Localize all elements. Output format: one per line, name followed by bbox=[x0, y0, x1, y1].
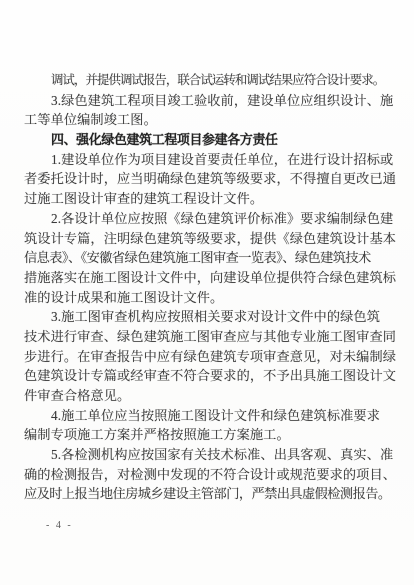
body-line: 4.施工单位应当按照施工图设计文件和绿色建筑标准要求 bbox=[24, 406, 402, 426]
body-line: 措施落实在施工图设计文件中，向建设单位提供符合绿色建筑标 bbox=[24, 268, 402, 288]
body-line: 件审查合格意见。 bbox=[24, 386, 402, 406]
body-line: 工等单位编制竣工图。 bbox=[24, 110, 402, 130]
body-line: 过施工图设计审查的建筑工程设计文件。 bbox=[24, 189, 402, 209]
body-line: 技术进行审查、绿色建筑施工图审查应与其他专业施工图审查同 bbox=[24, 327, 402, 347]
body-line: 3.绿色建筑工程项目竣工验收前，建设单位应组织设计、施 bbox=[24, 91, 402, 111]
body-line: 编制专项施工方案并严格按照施工方案施工。 bbox=[24, 425, 402, 445]
body-line: 2.各设计单位应按照《绿色建筑评价标准》要求编制绿色建 bbox=[24, 209, 402, 229]
body-line: 色建筑设计专篇或经审查不符合要求的，不予出具施工图设计文 bbox=[24, 366, 402, 386]
document-text-block: 调试，并提供调试报告，联合试运转和调试结果应符合设计要求。3.绿色建筑工程项目竣… bbox=[24, 71, 402, 504]
body-line: 调试，并提供调试报告，联合试运转和调试结果应符合设计要求。 bbox=[24, 71, 402, 91]
body-line: 应及时上报当地住房城乡建设主管部门，严禁出具虚假检测报告。 bbox=[24, 484, 402, 504]
body-line: 筑设计专篇，注明绿色建筑等级要求，提供《绿色建筑设计基本 bbox=[24, 229, 402, 249]
body-line: 步进行。在审查报告中应有绿色建筑专项审查意见，对未编制绿 bbox=[24, 347, 402, 367]
page-number: - 4 - bbox=[46, 520, 73, 531]
section-heading: 四、强化绿色建筑工程项目参建各方责任 bbox=[24, 130, 402, 150]
body-line: 准的设计成果和施工图设计文件。 bbox=[24, 288, 402, 308]
body-line: 1.建设单位作为项目建设首要责任单位，在进行设计招标或 bbox=[24, 150, 402, 170]
body-line: 者委托设计时，应当明确绿色建筑等级要求，不得擅自更改已通 bbox=[24, 169, 402, 189]
scanned-document-page: 调试，并提供调试报告，联合试运转和调试结果应符合设计要求。3.绿色建筑工程项目竣… bbox=[0, 0, 414, 585]
body-line: 3.施工图审查机构应按照相关要求对设计文件中的绿色筑 bbox=[24, 307, 402, 327]
body-line: 信息表》、《安徽省绿色建筑施工图审查一览表》、绿色建筑技术 bbox=[24, 248, 402, 268]
body-line: 5.各检测机构应按国家有关技术标准、出具客观、真实、准 bbox=[24, 445, 402, 465]
body-line: 确的检测报告，对检测中发现的不符合设计或规范要求的项目、 bbox=[24, 465, 402, 485]
